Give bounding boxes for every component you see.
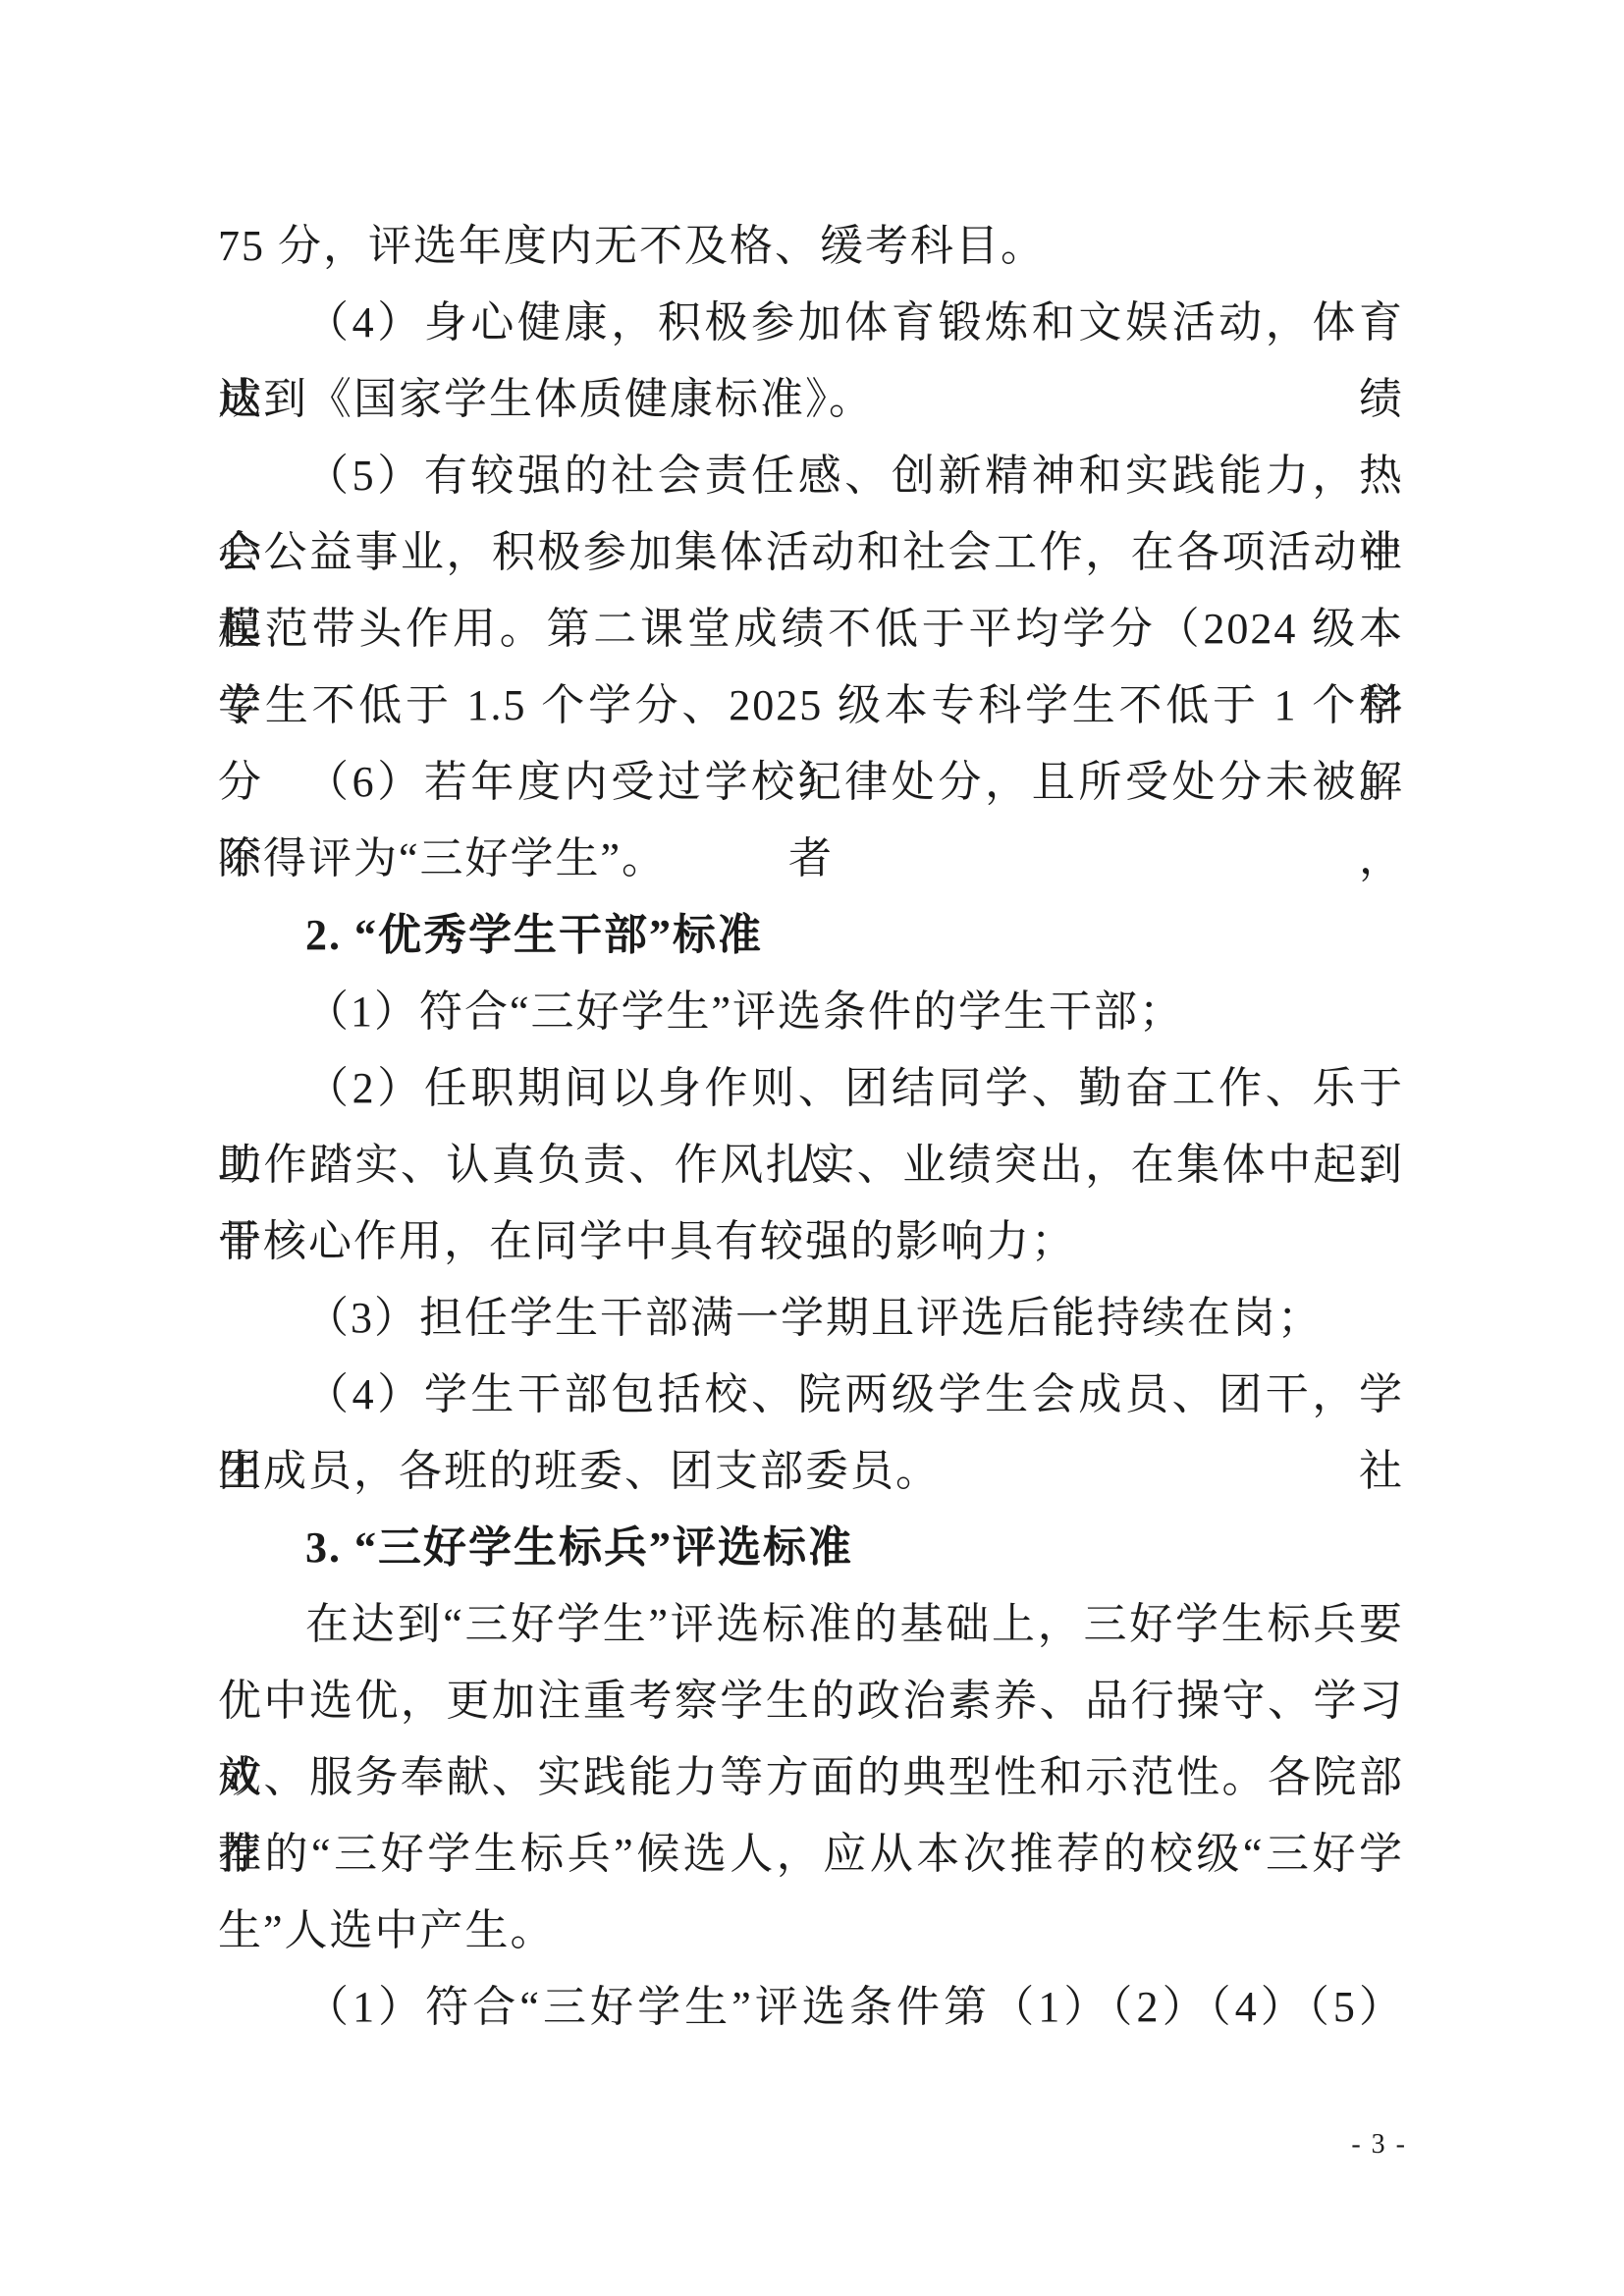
- document-page: 75 分，评选年度内无不及格、缓考科目。（4）身心健康，积极参加体育锻炼和文娱活…: [0, 0, 1624, 2296]
- text-line: 75 分，评选年度内无不及格、缓考科目。: [218, 208, 1404, 285]
- text-line: （6）若年度内受过学校纪律处分，且所受处分未被解除者，: [218, 744, 1404, 821]
- text-line: （4）学生干部包括校、院两级学生会成员、团干，学生社: [218, 1357, 1404, 1433]
- section-heading: 3. “三好学生标兵”评选标准: [218, 1510, 1404, 1586]
- text-lines: 75 分，评选年度内无不及格、缓考科目。（4）身心健康，积极参加体育锻炼和文娱活…: [218, 208, 1404, 2046]
- text-line: 优中选优，更加注重考察学生的政治素养、品行操守、学习成: [218, 1663, 1404, 1739]
- text-line: 学生不低于 1.5 个学分、2025 级本专科学生不低于 1 个学分）。: [218, 667, 1404, 744]
- text-line: 干核心作用，在同学中具有较强的影响力；: [218, 1203, 1404, 1280]
- page-number: - 3 -: [1351, 2128, 1407, 2162]
- text-line: 会公益事业，积极参加集体活动和社会工作，在各项活动中起: [218, 514, 1404, 591]
- text-line: （4）身心健康，积极参加体育锻炼和文娱活动，体育成绩: [218, 285, 1404, 361]
- text-line: 效、服务奉献、实践能力等方面的典型性和示范性。各院部推: [218, 1739, 1404, 1816]
- text-line: 工作踏实、认真负责、作风扎实、业绩突出，在集体中起到骨: [218, 1127, 1404, 1203]
- text-line: （2）任职期间以身作则、团结同学、勤奋工作、乐于助人、: [218, 1050, 1404, 1127]
- text-line: 模范带头作用。第二课堂成绩不低于平均学分（2024 级本专科: [218, 591, 1404, 667]
- text-line: 荐的“三好学生标兵”候选人，应从本次推荐的校级“三好学: [218, 1816, 1404, 1893]
- text-line: 在达到“三好学生”评选标准的基础上，三好学生标兵要: [218, 1586, 1404, 1663]
- text-line: （1）符合“三好学生”评选条件第（1）（2）（4）（5）: [218, 1969, 1404, 2046]
- text-line: （1）符合“三好学生”评选条件的学生干部；: [218, 974, 1404, 1050]
- text-line: （3）担任学生干部满一学期且评选后能持续在岗；: [218, 1280, 1404, 1357]
- section-heading: 2. “优秀学生干部”标准: [218, 897, 1404, 974]
- text-line: （5）有较强的社会责任感、创新精神和实践能力，热心社: [218, 438, 1404, 514]
- text-line: 生”人选中产生。: [218, 1893, 1404, 1969]
